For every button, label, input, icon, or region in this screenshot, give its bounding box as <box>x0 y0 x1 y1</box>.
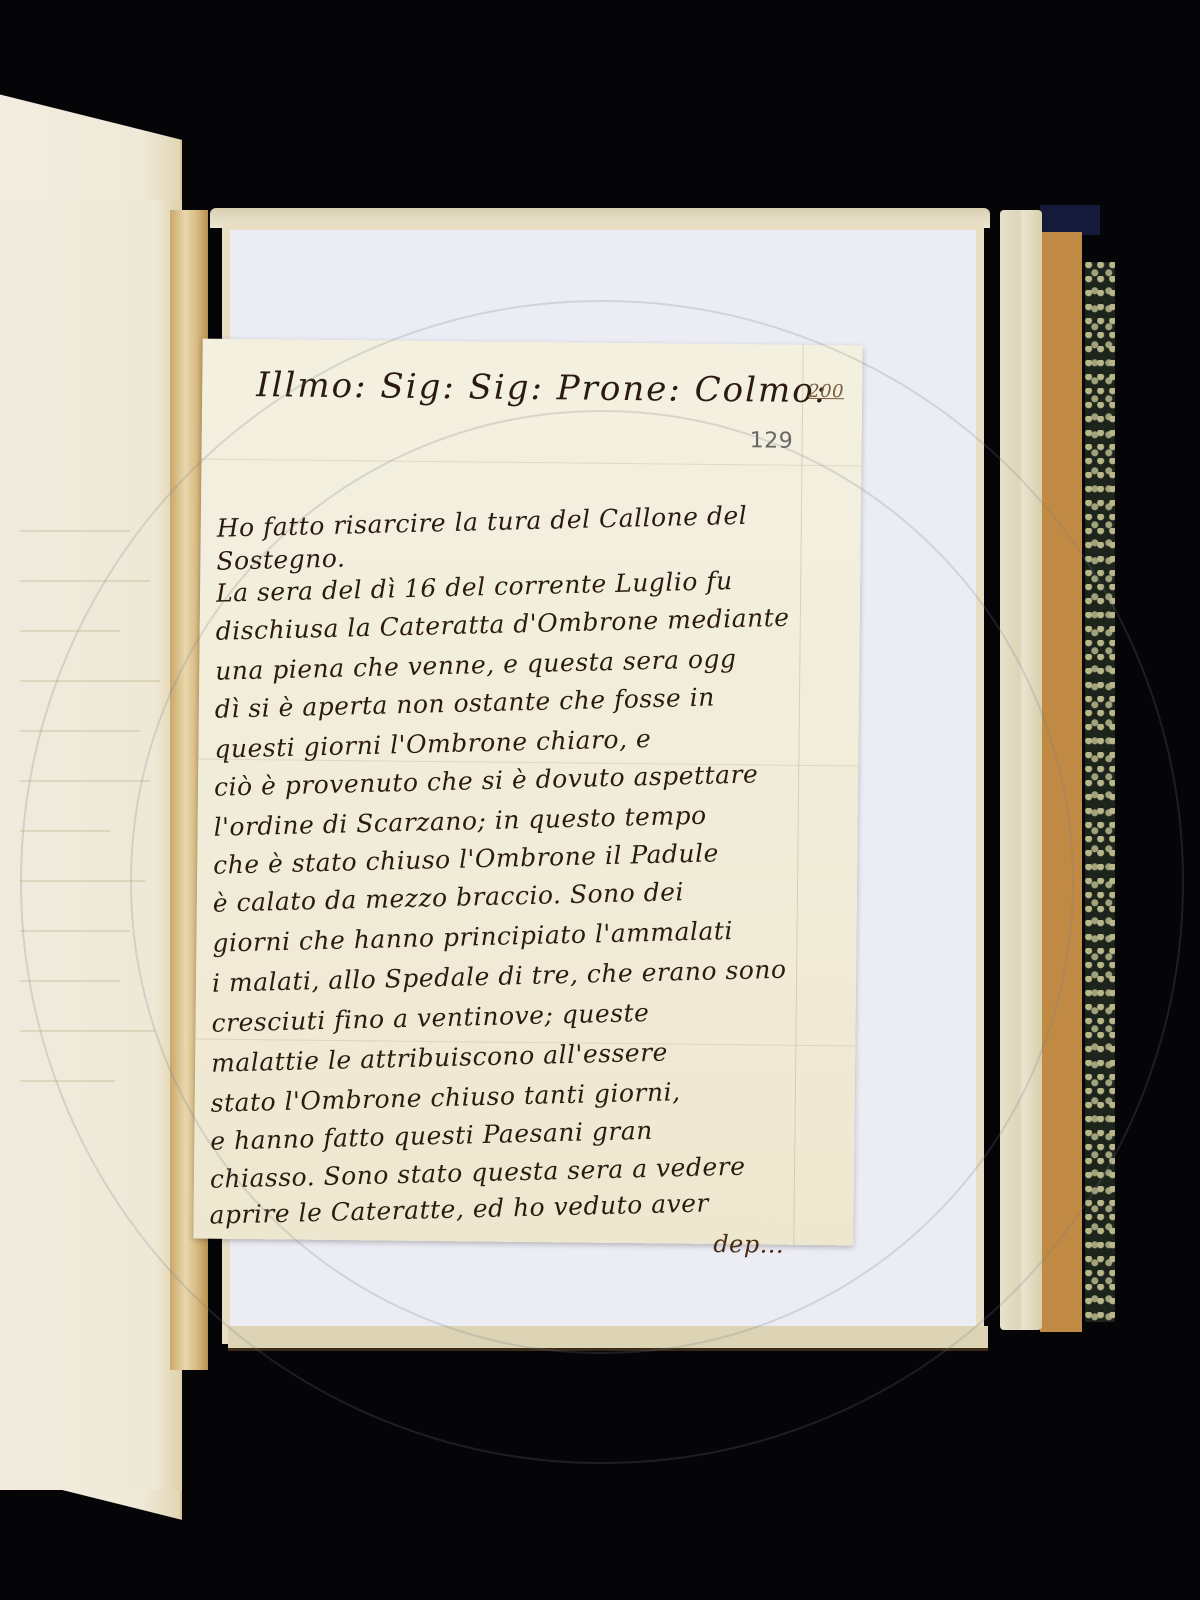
fold-line <box>793 345 803 1245</box>
salutation: Illmo: Sig: Sig: Prone: Colmo: <box>256 365 828 411</box>
faded-text-line <box>20 880 145 882</box>
page-stack-edge <box>1000 210 1042 1330</box>
faded-text-line <box>20 780 150 782</box>
letter-line: e hanno fatto questi Paesani gran <box>210 1116 653 1156</box>
letter-line: ciò è provenuto che si è dovuto aspettar… <box>214 759 759 801</box>
faded-text-line <box>20 580 150 582</box>
faded-text-line <box>20 980 120 982</box>
letter-line: i malati, allo Spedale di tre, che erano… <box>212 955 787 998</box>
letter-line: una piena che venne, e questa sera ogg <box>215 644 737 686</box>
letter-line: dischiusa la Cateratta d'Ombrone mediant… <box>215 603 790 646</box>
letter-line: giorni che hanno principiato l'ammalati <box>212 916 733 958</box>
letter-line: dì si è aperta non ostante che fosse in <box>214 683 715 724</box>
left-page <box>0 200 182 1490</box>
letter-line: Sostegno. <box>216 544 346 576</box>
letter-line: stato l'Ombrone chiuso tanti giorni, <box>210 1077 680 1117</box>
faded-text-line <box>20 1080 115 1082</box>
letter-line: che è stato chiuso l'Ombrone il Padule <box>213 838 719 879</box>
letter-line: malattie le attribuiscono all'essere <box>211 1038 668 1078</box>
faded-text-line <box>20 680 160 682</box>
faded-text-line <box>20 530 130 532</box>
faded-text-line <box>20 1030 155 1032</box>
marbled-cover <box>1085 262 1115 1322</box>
letter-line: l'ordine di Scarzano; in questo tempo <box>213 801 707 842</box>
faded-text-line <box>20 630 120 632</box>
folio-number-ink: 200 <box>808 381 844 402</box>
faded-text-line <box>20 930 130 932</box>
letter-line: chiasso. Sono stato questa sera a vedere <box>210 1152 746 1194</box>
binding-corner <box>1040 205 1100 235</box>
faded-text-line <box>20 830 110 832</box>
letter-line: è calato da mezzo braccio. Sono dei <box>212 877 684 918</box>
catchword: dep... <box>713 1230 784 1259</box>
letter-line: Ho fatto risarcire la tura del Callone d… <box>216 501 747 543</box>
letter-line: questi giorni l'Ombrone chiaro, e <box>214 724 651 764</box>
letter-line: aprire le Cateratte, ed ho veduto aver <box>209 1188 709 1229</box>
letter-line: cresciuti fino a ventinove; queste <box>211 998 650 1038</box>
cover-board <box>1040 232 1082 1332</box>
letter-sheet: Illmo: Sig: Sig: Prone: Colmo: 200 129 H… <box>193 339 862 1246</box>
folio-number-pencil: 129 <box>750 428 794 453</box>
faded-text-line <box>20 730 140 732</box>
backing-bottom-edge <box>228 1326 988 1351</box>
